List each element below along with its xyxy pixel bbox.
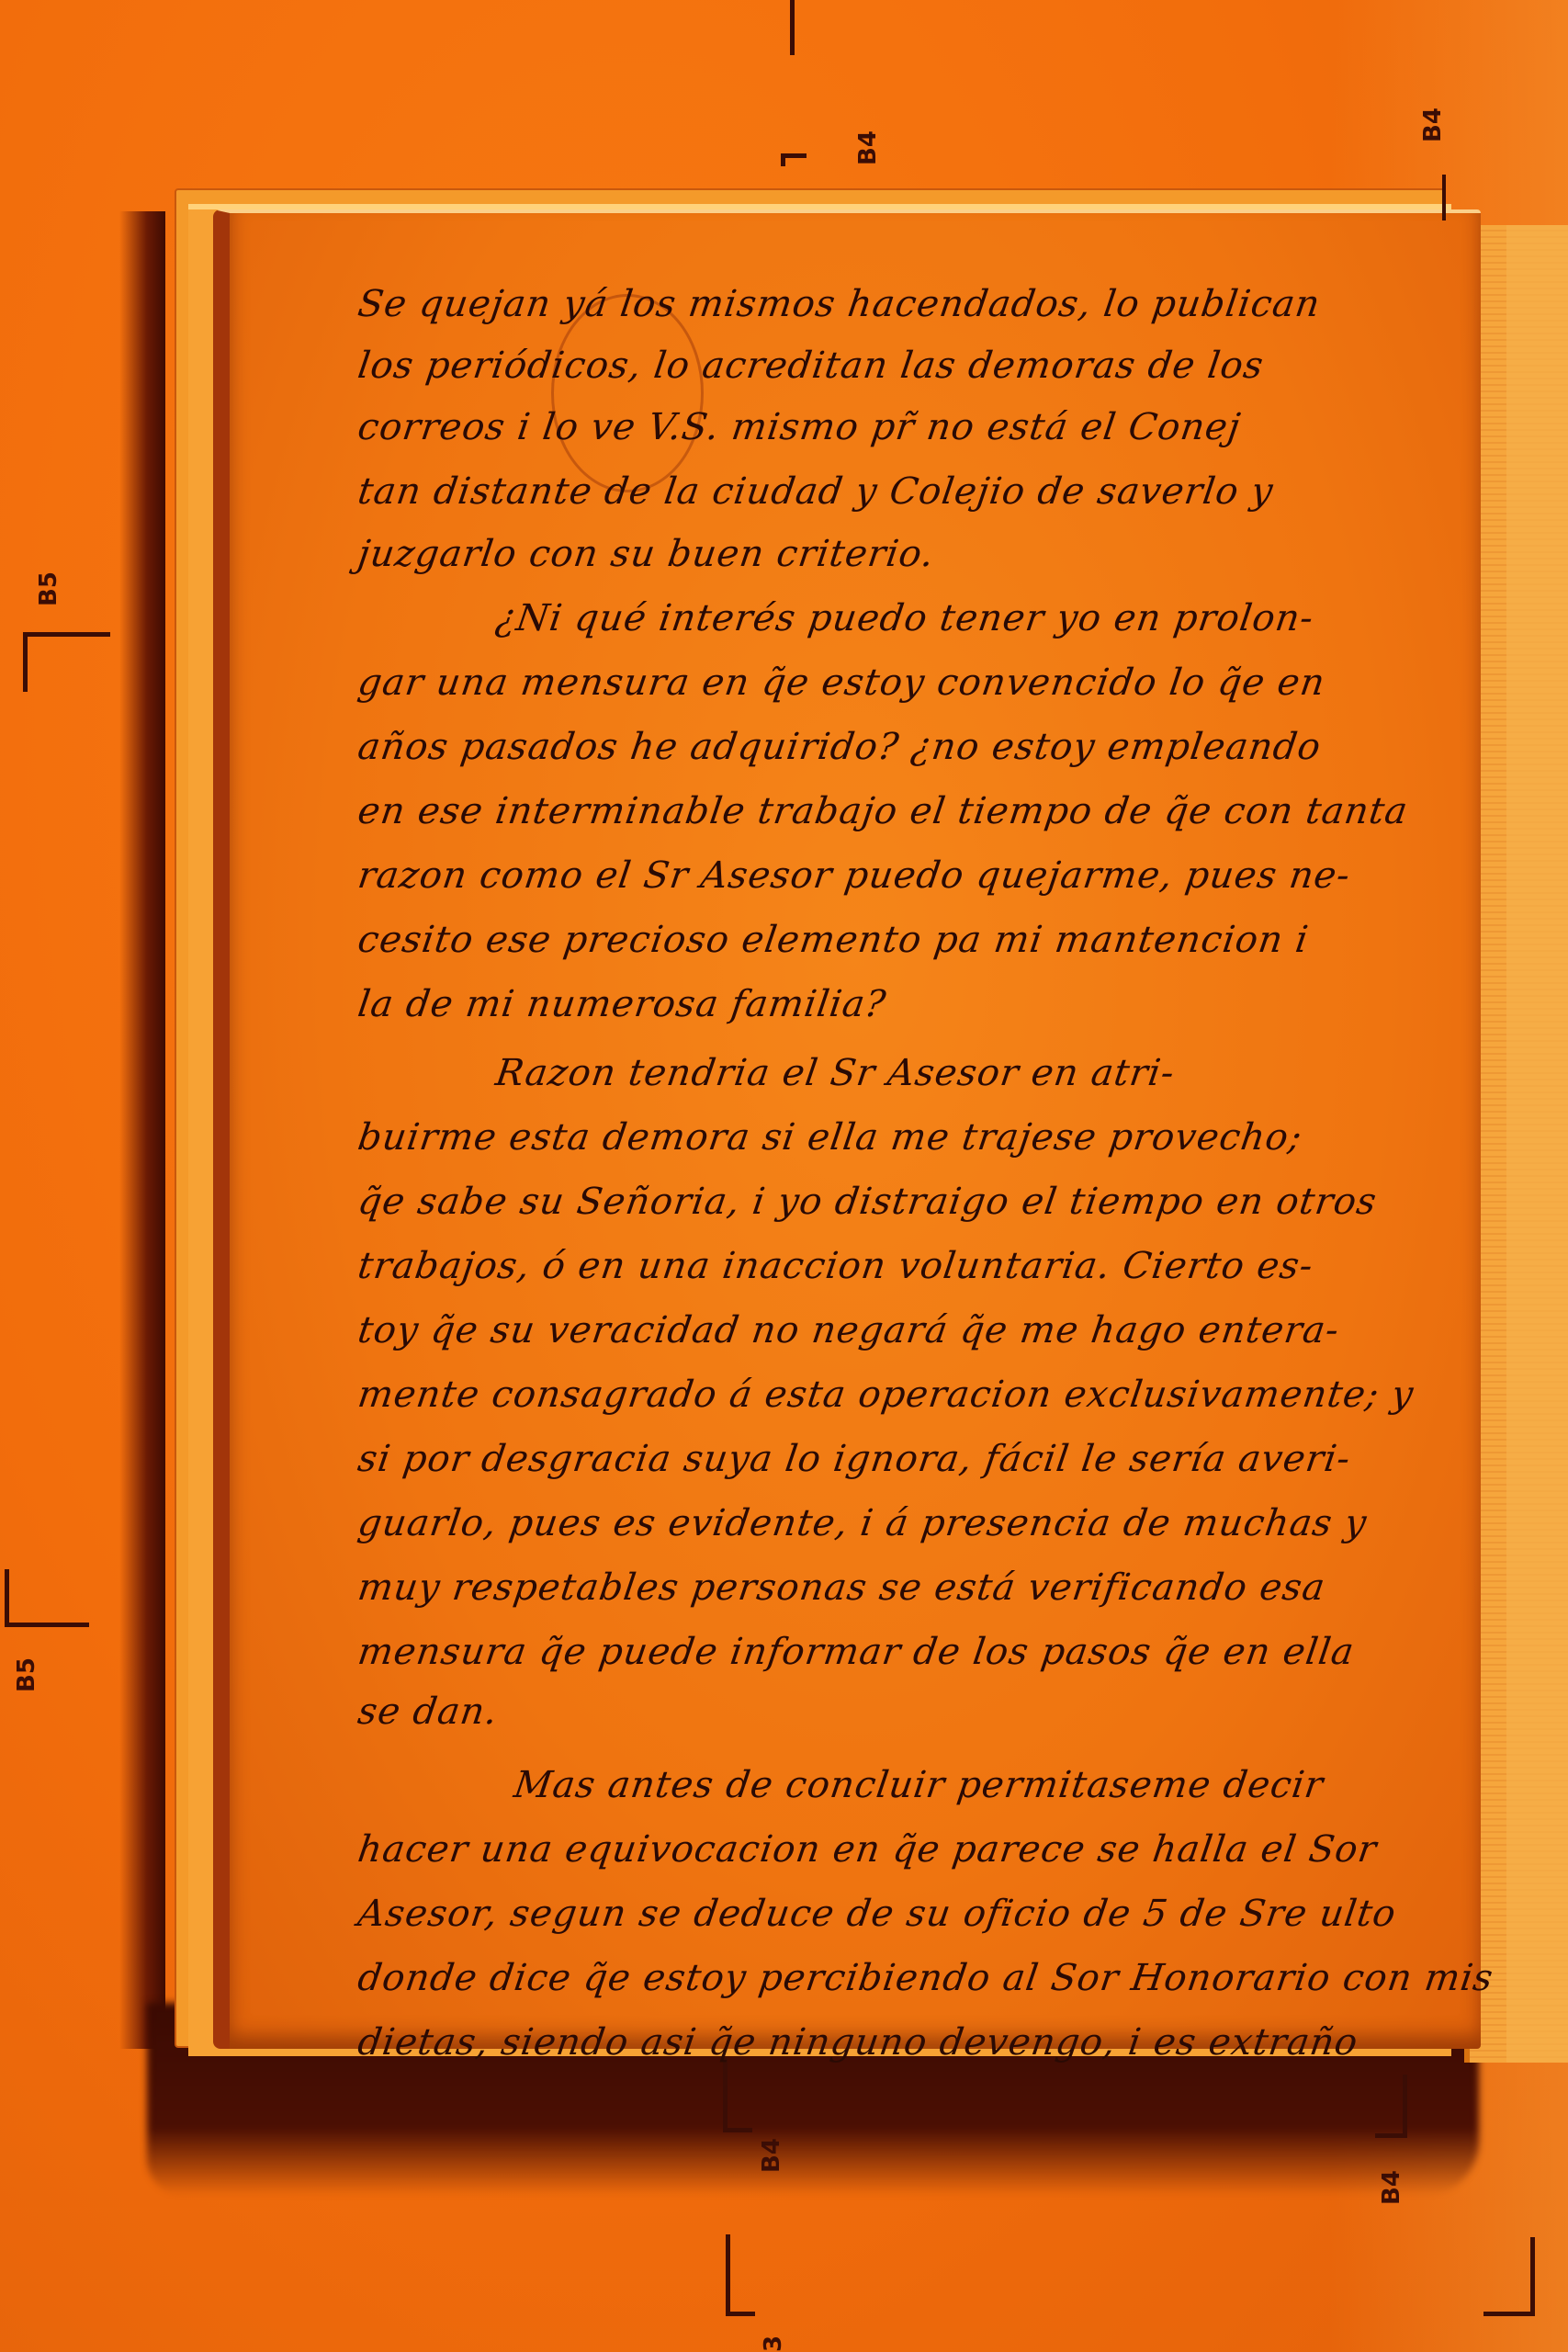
text-line-7: gar una mensura en q̃e estoy convencido … xyxy=(355,661,1328,704)
mark-label-b4-top-right: B4 xyxy=(1419,107,1447,142)
text-line-10: razon como el Sr Asesor puedo quejarme, … xyxy=(355,854,1353,897)
text-line-8: años pasados he adquirido? ¿no estoy emp… xyxy=(355,726,1324,768)
facing-page-edge xyxy=(1506,225,1568,2063)
text-line-3: correos i lo ve V.S. mismo pr̃ no está e… xyxy=(355,406,1244,448)
text-line-13: Razon tendria el Sr Asesor en atri- xyxy=(493,1052,1178,1094)
text-line-28: dietas, siendo asi q̃e ninguno devengo, … xyxy=(355,2021,1361,2064)
text-line-19: si por desgracia suya lo ignora, fácil l… xyxy=(355,1438,1354,1480)
mark-label-b5-left-upper: B5 xyxy=(35,571,62,606)
text-line-26: Asesor, segun se deduce de su oficio de … xyxy=(355,1893,1399,1935)
text-line-23: se dan. xyxy=(355,1690,501,1733)
text-line-17: toy q̃e su veracidad no negará q̃e me ha… xyxy=(355,1309,1342,1351)
text-line-4: tan distante de la ciudad y Colejio de s… xyxy=(355,470,1276,513)
text-line-14: buirme esta demora si ella me trajese pr… xyxy=(355,1116,1305,1159)
text-line-24: Mas antes de concluir permitaseme decir xyxy=(512,1764,1326,1806)
text-line-16: trabajos, ó en una inaccion voluntaria. … xyxy=(355,1245,1316,1287)
mark-label-b5-left-lower: B5 xyxy=(13,1657,40,1692)
text-line-21: muy respetables personas se está verific… xyxy=(355,1566,1328,1609)
text-line-11: cesito ese precioso elemento pa mi mante… xyxy=(355,919,1312,961)
text-line-9: en ese interminable trabajo el tiempo de… xyxy=(355,790,1411,832)
text-line-6: ¿Ni qué interés puedo tener yo en prolon… xyxy=(493,597,1316,639)
text-line-27: donde dice q̃e estoy percibiendo al Sor … xyxy=(355,1957,1496,1999)
text-line-5: juzgarlo con su buen criterio. xyxy=(355,533,937,575)
mark-label-b4-bottom-center: B4 xyxy=(758,2138,785,2173)
text-line-20: guarlo, pues es evidente, i á presencia … xyxy=(355,1502,1370,1544)
mark-label-frame-number: 3 xyxy=(760,2335,787,2352)
text-line-12: la de mi numerosa familia? xyxy=(355,983,889,1025)
text-line-15: q̃e sabe su Señoria, i yo distraigo el t… xyxy=(355,1181,1380,1223)
text-line-1: Se quejan yá los mismos hacendados, lo p… xyxy=(355,283,1324,325)
mark-label-b4-top-center: B4 xyxy=(854,130,882,165)
text-line-22: mensura q̃e puede informar de los pasos … xyxy=(355,1631,1358,1673)
text-line-2: los periódicos, lo acreditan las demoras… xyxy=(355,345,1267,387)
text-line-18: mente consagrado á esta operacion exclus… xyxy=(355,1374,1416,1416)
text-line-25: hacer una equivocacion en q̃e parece se … xyxy=(355,1828,1380,1871)
mark-label-b4-bottom-right: B4 xyxy=(1378,2170,1405,2205)
book-edge-shadow xyxy=(119,211,165,2049)
